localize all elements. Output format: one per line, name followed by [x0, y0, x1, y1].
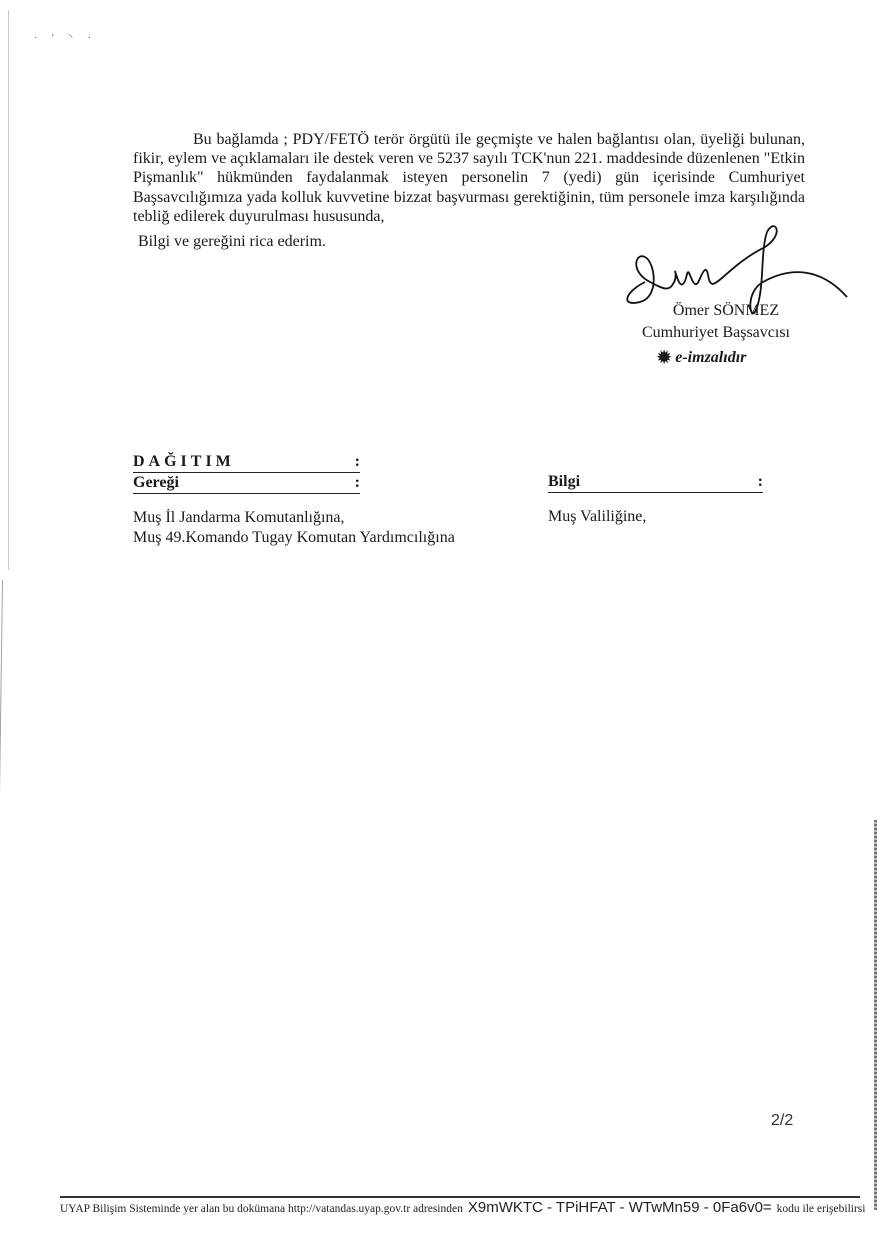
recipient: Muş İl Jandarma Komutanlığına,: [133, 508, 360, 528]
verification-footer: UYAP Bilişim Sisteminde yer alan bu dokü…: [60, 1199, 870, 1216]
scan-edge-left-lower: [0, 580, 3, 1240]
scan-edge-left: [8, 10, 9, 570]
e-signature-label: e-imzalıdır: [675, 349, 746, 367]
body-paragraph: Bu bağlamda ; PDY/FETÖ terör örgütü ile …: [133, 130, 805, 226]
action-label: Gereği: [133, 473, 179, 493]
distribution-title: DAĞITIM: [133, 452, 235, 472]
page-number: 2/2: [771, 1112, 793, 1130]
distribution-action: DAĞITIM : Gereği : Muş İl Jandarma Komut…: [133, 452, 360, 548]
action-recipients: Muş İl Jandarma Komutanlığına, Muş 49.Ko…: [133, 508, 360, 548]
distribution-header: DAĞITIM :: [133, 452, 360, 473]
recipient: Muş Valiliğine,: [548, 507, 763, 527]
distribution-info: Bilgi : Muş Valiliğine,: [548, 472, 763, 527]
recipient: Muş 49.Komando Tugay Komutan Yardımcılığ…: [133, 528, 360, 548]
colon: :: [355, 473, 360, 493]
seal-icon: ✹: [657, 348, 671, 368]
footer-suffix: kodu ile erişebilirsi: [777, 1203, 866, 1215]
info-recipients: Muş Valiliğine,: [548, 507, 763, 527]
scan-edge-right: [874, 820, 877, 1210]
signer-title: Cumhuriyet Başsavcısı: [626, 322, 806, 344]
scan-artifacts: · ' ⸌ ·: [34, 30, 97, 44]
info-label: Bilgi: [548, 472, 580, 492]
action-header: Gereği :: [133, 473, 360, 494]
verification-code: X9mWKTC - TPiHFAT - WTwMn59 - 0Fa6v0=: [468, 1199, 772, 1216]
signer-block: Ömer SÖNMEZ Cumhuriyet Başsavcısı: [626, 300, 806, 344]
footer-prefix: UYAP Bilişim Sisteminde yer alan bu dokü…: [60, 1203, 463, 1215]
footer-divider: [60, 1196, 860, 1198]
colon: :: [355, 452, 360, 472]
signer-name: Ömer SÖNMEZ: [626, 300, 806, 322]
info-header: Bilgi :: [548, 472, 763, 493]
colon: :: [758, 472, 763, 492]
e-signature-mark: ✹ e-imzalıdır: [657, 348, 746, 368]
